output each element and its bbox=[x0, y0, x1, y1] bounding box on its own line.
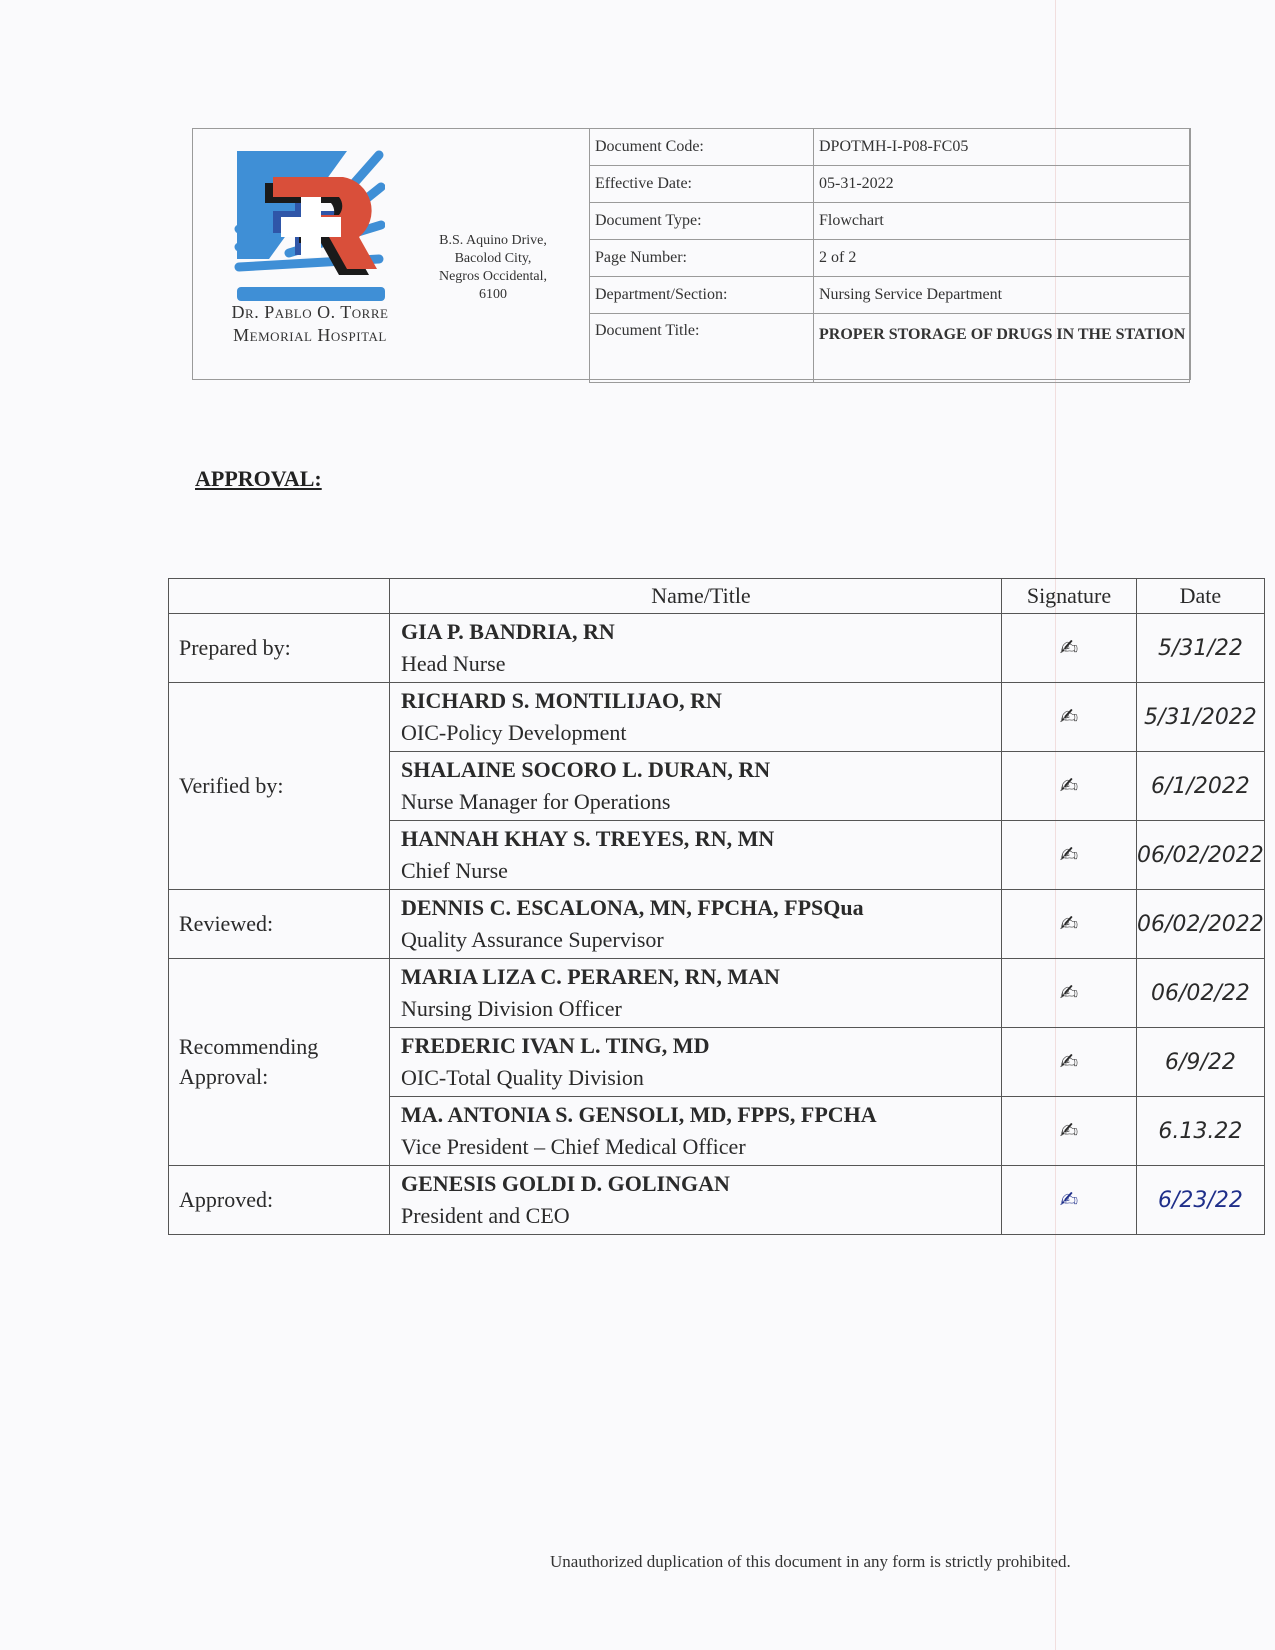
date-cell: 6/23/22 bbox=[1137, 1166, 1265, 1235]
signature-cell: ✍ bbox=[1002, 752, 1137, 821]
name-title-cell: GIA P. BANDRIA, RNHead Nurse bbox=[390, 614, 1002, 683]
column-header-role bbox=[169, 579, 390, 614]
date-cell: 06/02/2022 bbox=[1137, 890, 1265, 959]
signature-cell: ✍ bbox=[1002, 1166, 1137, 1235]
footer-notice: Unauthorized duplication of this documen… bbox=[550, 1552, 1071, 1572]
role-recommending-approval: Recommending Approval: bbox=[169, 959, 390, 1166]
hospital-logo-icon bbox=[229, 149, 385, 303]
signatory-name: GIA P. BANDRIA, RN bbox=[401, 614, 1001, 648]
signatory-title: Vice President – Chief Medical Officer bbox=[401, 1131, 1001, 1163]
signatory-name: SHALAINE SOCORO L. DURAN, RN bbox=[401, 752, 1001, 786]
date-cell: 06/02/22 bbox=[1137, 959, 1265, 1028]
document-header: Dr. Pablo O. Torre Memorial Hospital B.S… bbox=[192, 128, 1191, 380]
signature-cell: ✍ bbox=[1002, 959, 1137, 1028]
signatory-name: MA. ANTONIA S. GENSOLI, MD, FPPS, FPCHA bbox=[401, 1097, 1001, 1131]
info-row-document-code: Document Code:DPOTMH-I-P08-FC05 bbox=[590, 129, 1190, 166]
signatory-title: Head Nurse bbox=[401, 648, 1001, 680]
signatory-title: OIC-Total Quality Division bbox=[401, 1062, 1001, 1094]
signatory-title: Nursing Division Officer bbox=[401, 993, 1001, 1025]
page-number-value: 2 of 2 bbox=[814, 240, 1190, 277]
info-label: Page Number: bbox=[590, 240, 814, 277]
name-title-cell: DENNIS C. ESCALONA, MN, FPCHA, FPSQuaQua… bbox=[390, 890, 1002, 959]
signature-cell: ✍ bbox=[1002, 614, 1137, 683]
signatory-name: HANNAH KHAY S. TREYES, RN, MN bbox=[401, 821, 1001, 855]
document-title-value: PROPER STORAGE OF DRUGS IN THE STATION bbox=[814, 314, 1190, 383]
signature-cell: ✍ bbox=[1002, 821, 1137, 890]
role-verified-by: Verified by: bbox=[169, 683, 390, 890]
info-label: Document Type: bbox=[590, 203, 814, 240]
signatory-title: Nurse Manager for Operations bbox=[401, 786, 1001, 818]
column-header-name-title: Name/Title bbox=[390, 579, 1002, 614]
table-row: Prepared by: GIA P. BANDRIA, RNHead Nurs… bbox=[169, 614, 1265, 683]
table-row: Recommending Approval: MARIA LIZA C. PER… bbox=[169, 959, 1265, 1028]
hospital-name: Dr. Pablo O. Torre Memorial Hospital bbox=[205, 301, 415, 347]
approval-header-row: Name/Title Signature Date bbox=[169, 579, 1265, 614]
hospital-name-line2: Memorial Hospital bbox=[205, 324, 415, 347]
info-label: Department/Section: bbox=[590, 277, 814, 314]
name-title-cell: SHALAINE SOCORO L. DURAN, RNNurse Manage… bbox=[390, 752, 1002, 821]
signatory-title: Quality Assurance Supervisor bbox=[401, 924, 1001, 956]
date-cell: 06/02/2022 bbox=[1137, 821, 1265, 890]
signature-cell: ✍ bbox=[1002, 1028, 1137, 1097]
table-row: Approved: GENESIS GOLDI D. GOLINGANPresi… bbox=[169, 1166, 1265, 1235]
signatory-name: DENNIS C. ESCALONA, MN, FPCHA, FPSQua bbox=[401, 890, 1001, 924]
info-row-document-type: Document Type:Flowchart bbox=[590, 203, 1190, 240]
signatory-title: Chief Nurse bbox=[401, 855, 1001, 887]
info-row-effective-date: Effective Date:05-31-2022 bbox=[590, 166, 1190, 203]
signatory-name: FREDERIC IVAN L. TING, MD bbox=[401, 1028, 1001, 1062]
signatory-name: MARIA LIZA C. PERAREN, RN, MAN bbox=[401, 959, 1001, 993]
role-prepared-by: Prepared by: bbox=[169, 614, 390, 683]
approval-heading: APPROVAL: bbox=[195, 466, 322, 492]
hospital-address: B.S. Aquino Drive, Bacolod City, Negros … bbox=[418, 232, 568, 304]
info-label: Document Title: bbox=[590, 314, 814, 383]
signature-cell: ✍ bbox=[1002, 683, 1137, 752]
date-cell: 5/31/2022 bbox=[1137, 683, 1265, 752]
info-label: Document Code: bbox=[590, 129, 814, 166]
table-row: Reviewed: DENNIS C. ESCALONA, MN, FPCHA,… bbox=[169, 890, 1265, 959]
document-type-value: Flowchart bbox=[814, 203, 1190, 240]
date-cell: 5/31/22 bbox=[1137, 614, 1265, 683]
logo-cell: Dr. Pablo O. Torre Memorial Hospital B.S… bbox=[193, 129, 590, 379]
table-row: Verified by: RICHARD S. MONTILIJAO, RNOI… bbox=[169, 683, 1265, 752]
signatory-title: President and CEO bbox=[401, 1200, 1001, 1232]
name-title-cell: HANNAH KHAY S. TREYES, RN, MNChief Nurse bbox=[390, 821, 1002, 890]
column-header-signature: Signature bbox=[1002, 579, 1137, 614]
approval-table: Name/Title Signature Date Prepared by: G… bbox=[168, 578, 1265, 1235]
address-line: Bacolod City, bbox=[418, 250, 568, 268]
address-line: 6100 bbox=[418, 286, 568, 304]
date-cell: 6.13.22 bbox=[1137, 1097, 1265, 1166]
name-title-cell: FREDERIC IVAN L. TING, MDOIC-Total Quali… bbox=[390, 1028, 1002, 1097]
effective-date-value: 05-31-2022 bbox=[814, 166, 1190, 203]
address-line: B.S. Aquino Drive, bbox=[418, 232, 568, 250]
name-title-cell: GENESIS GOLDI D. GOLINGANPresident and C… bbox=[390, 1166, 1002, 1235]
date-cell: 6/1/2022 bbox=[1137, 752, 1265, 821]
info-label: Effective Date: bbox=[590, 166, 814, 203]
column-header-date: Date bbox=[1137, 579, 1265, 614]
document-code-value: DPOTMH-I-P08-FC05 bbox=[814, 129, 1190, 166]
address-line: Negros Occidental, bbox=[418, 268, 568, 286]
signatory-name: RICHARD S. MONTILIJAO, RN bbox=[401, 683, 1001, 717]
signature-cell: ✍ bbox=[1002, 1097, 1137, 1166]
signatory-name: GENESIS GOLDI D. GOLINGAN bbox=[401, 1166, 1001, 1200]
signature-cell: ✍ bbox=[1002, 890, 1137, 959]
role-approved: Approved: bbox=[169, 1166, 390, 1235]
info-row-document-title: Document Title:PROPER STORAGE OF DRUGS I… bbox=[590, 314, 1190, 383]
name-title-cell: MA. ANTONIA S. GENSOLI, MD, FPPS, FPCHAV… bbox=[390, 1097, 1002, 1166]
name-title-cell: RICHARD S. MONTILIJAO, RNOIC-Policy Deve… bbox=[390, 683, 1002, 752]
info-row-department: Department/Section:Nursing Service Depar… bbox=[590, 277, 1190, 314]
document-info-table: Document Code:DPOTMH-I-P08-FC05 Effectiv… bbox=[589, 128, 1190, 383]
department-value: Nursing Service Department bbox=[814, 277, 1190, 314]
date-cell: 6/9/22 bbox=[1137, 1028, 1265, 1097]
name-title-cell: MARIA LIZA C. PERAREN, RN, MANNursing Di… bbox=[390, 959, 1002, 1028]
info-row-page-number: Page Number:2 of 2 bbox=[590, 240, 1190, 277]
signatory-title: OIC-Policy Development bbox=[401, 717, 1001, 749]
hospital-name-line1: Dr. Pablo O. Torre bbox=[205, 301, 415, 324]
role-reviewed: Reviewed: bbox=[169, 890, 390, 959]
